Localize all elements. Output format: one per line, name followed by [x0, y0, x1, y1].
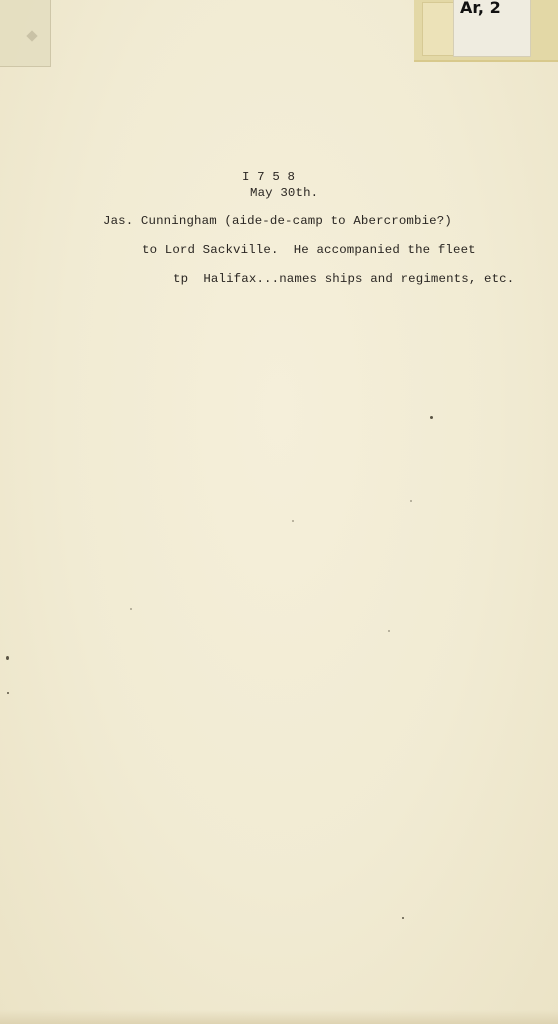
tape-strip-inner — [422, 2, 454, 56]
tape-strip-left — [0, 0, 51, 67]
paper-speck — [430, 416, 433, 419]
document-line-2: to Lord Sackville. He accompanied the fl… — [142, 243, 476, 257]
paper-speck — [410, 500, 412, 502]
document-date: May 30th. — [250, 186, 318, 200]
paper-speck — [7, 692, 9, 694]
paper-speck — [402, 917, 404, 919]
paper-speck — [6, 656, 9, 660]
document-year: I 7 5 8 — [242, 170, 295, 184]
document-line-1: Jas. Cunningham (aide-de-camp to Abercro… — [103, 214, 452, 228]
paper-speck — [130, 608, 132, 610]
document-line-3: tp Halifax...names ships and regiments, … — [173, 272, 514, 286]
document-page: Ar, 2 I 7 5 8 May 30th. Jas. Cunningham … — [0, 0, 558, 1024]
paper-speck — [388, 630, 390, 632]
archive-mark: Ar, 2 — [460, 0, 501, 17]
paper-speck — [292, 520, 294, 522]
page-bottom-edge — [0, 1010, 558, 1024]
